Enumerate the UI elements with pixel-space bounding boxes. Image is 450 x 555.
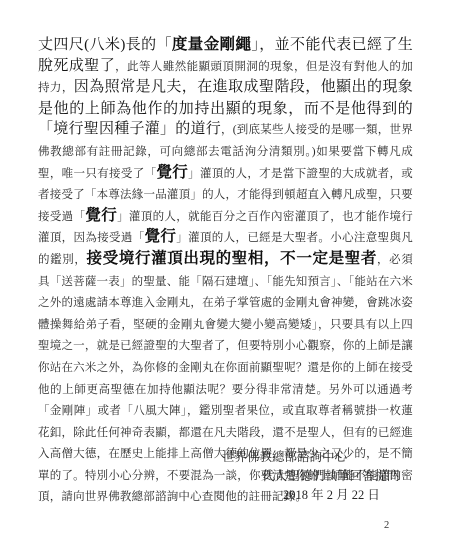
text-segment: 接受境行灌頂出現的聖相，不一定是聖者 <box>87 250 377 267</box>
document-page: 丈四尺(八米)長的「度量金剛繩」，並不能代表已經了生脫死成聖了，此等人雖然能顯頭… <box>0 0 450 555</box>
text-segment: 覺行 <box>156 164 188 181</box>
text-segment: 覺行 <box>145 228 177 245</box>
signature-date: 2018 年 2 月 22 日 <box>283 486 413 505</box>
signature-author: 代大聖德們執筆回答提問 <box>262 467 413 486</box>
text-segment: 覺行 <box>85 207 117 224</box>
signature-org: 世界佛教總部諮詢中心 <box>222 448 413 467</box>
body-paragraph: 丈四尺(八米)長的「度量金剛繩」，並不能代表已經了生脫死成聖了，此等人雖然能顯頭… <box>38 35 413 508</box>
signature-block: 世界佛教總部諮詢中心 代大聖德們執筆回答提問 2018 年 2 月 22 日 <box>38 448 413 505</box>
text-segment: 度量金剛繩 <box>172 36 251 53</box>
page-number: 2 <box>384 520 389 531</box>
text-segment: 丈四尺(八米)長的「 <box>38 37 172 53</box>
